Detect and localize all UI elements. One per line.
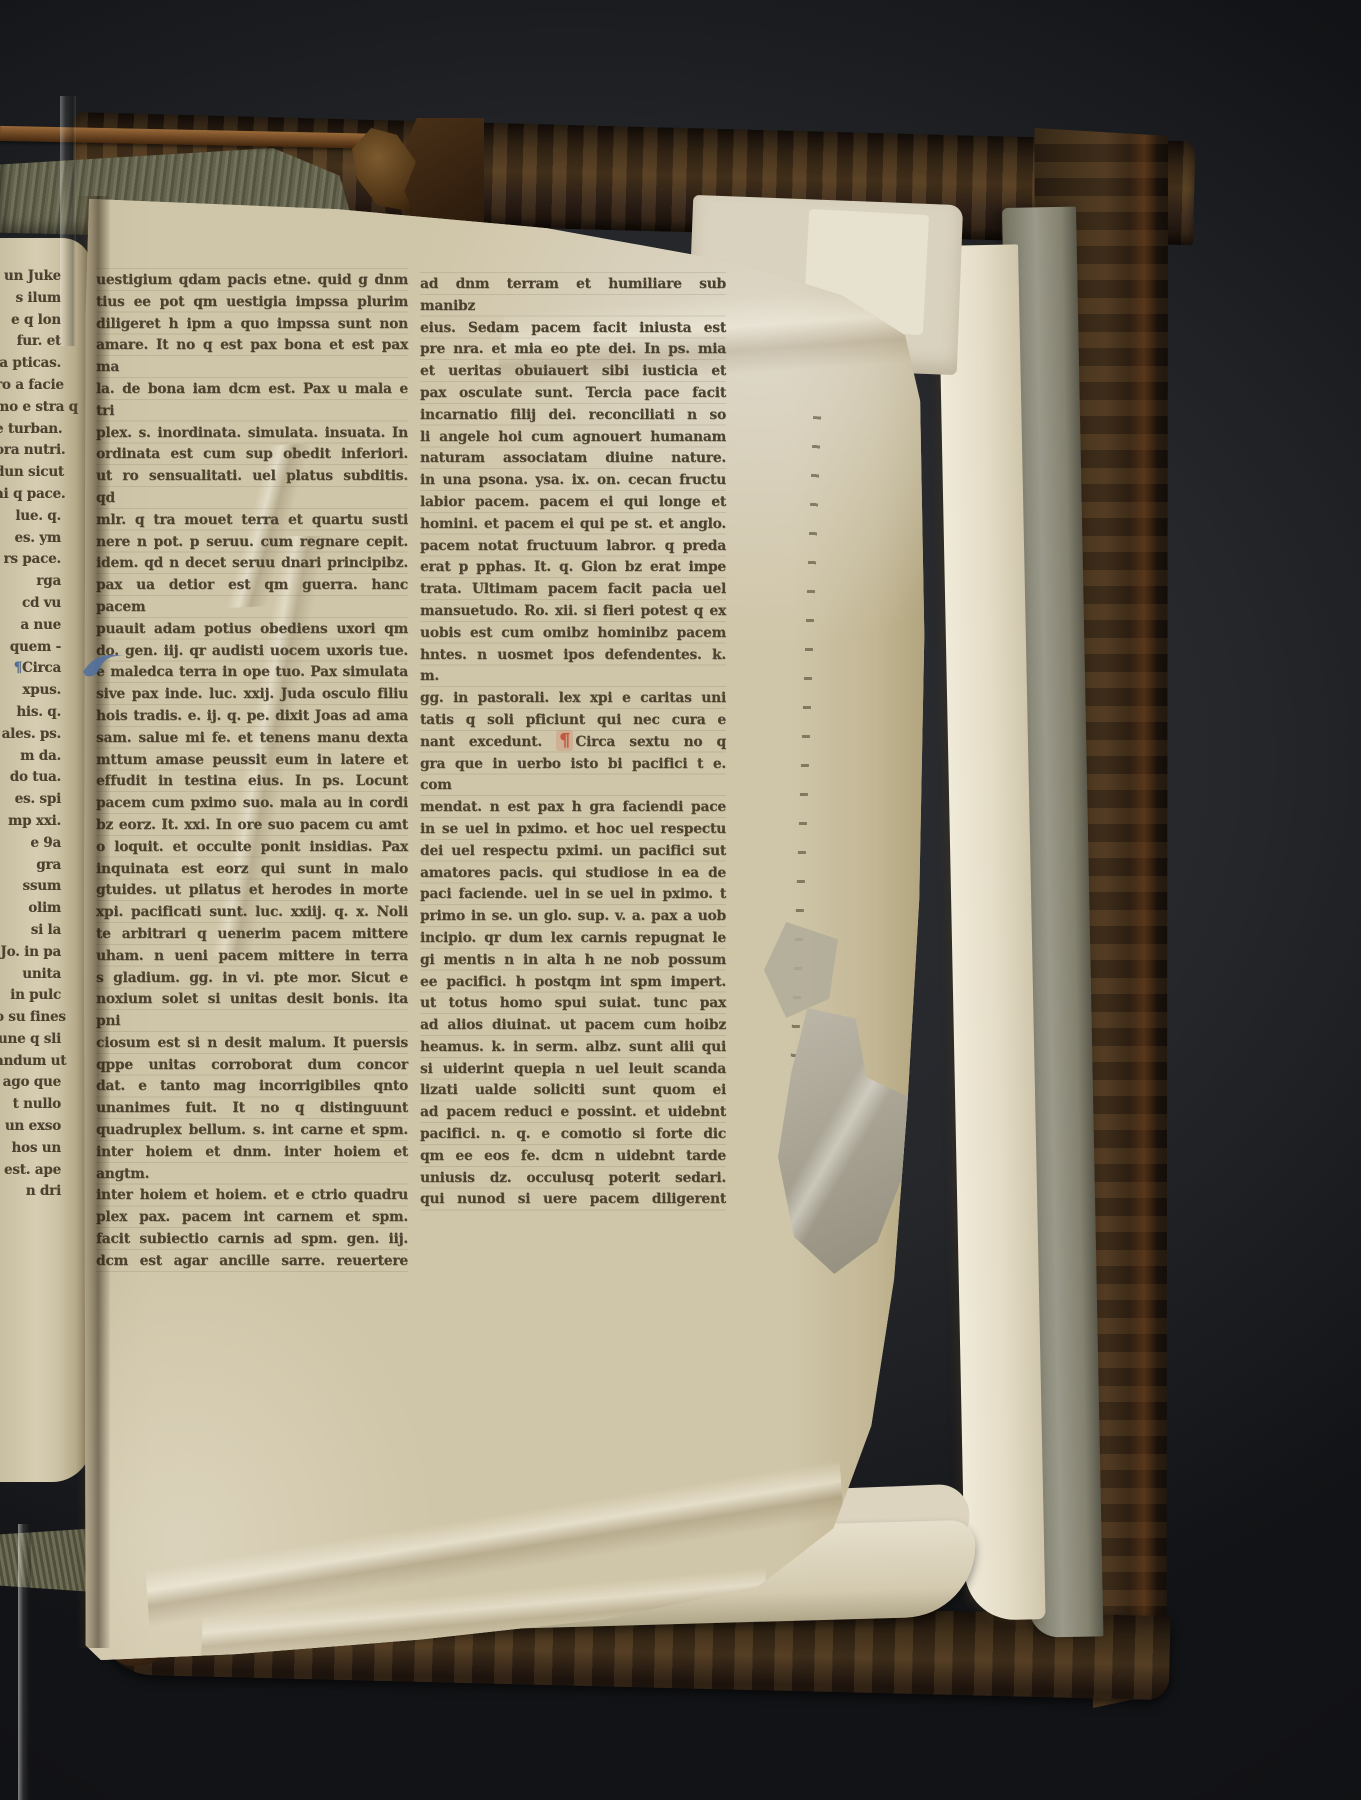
text-line: si la	[0, 920, 61, 942]
text-line: qm ee eos fe. dcm n uidebnt tarde	[420, 1146, 726, 1168]
text-line: tatis q soli pficiunt qui nec cura e	[420, 710, 726, 732]
text-line: puauit adam potius obediens uxori qm	[96, 619, 408, 641]
text-line: sive pax inde. luc. xxij. Juda osculo fi…	[96, 684, 408, 706]
text-line: inquinata est eorz qui sunt in malo	[96, 859, 408, 881]
text-line: e 9a	[0, 833, 61, 855]
text-line: naturam associatam diuine nature.	[420, 448, 726, 470]
text-line: eius. Sedam pacem facit iniusta est	[420, 318, 726, 340]
text-line: inter hoiem et dnm. inter hoiem et angtm…	[96, 1142, 408, 1186]
text-line: dei uel respectu pximi. un pacifici sut	[420, 841, 726, 863]
text-line: quadruplex bellum. s. int carne et spm.	[96, 1120, 408, 1142]
text-line: nant excedunt. ¶Circa sextu no q	[420, 732, 726, 754]
text-line: dcm est agar ancille sarre. reuertere	[96, 1251, 408, 1273]
text-line: incarnatio filij dei. reconciliati n so	[420, 405, 726, 427]
text-line: do. gen. iij. qr audisti uocem uxoris tu…	[96, 641, 408, 663]
text-line: uobis est cum omibz hominibz pacem	[420, 623, 726, 645]
text-line: pax osculate sunt. Tercia pace facit	[420, 383, 726, 405]
text-line: o loquit. et occulte ponit insidias. Pax	[96, 837, 408, 859]
text-line: ago que	[0, 1072, 61, 1094]
text-line: sam. salue mi fe. et tenens manu dexta	[96, 728, 408, 750]
text-line: diligeret h ipm a quo impssa sunt non	[96, 314, 408, 336]
text-line: ales. ps.	[0, 724, 61, 746]
text-line: mansuetudo. Ro. xii. si fieri potest q e…	[420, 601, 726, 623]
text-line: e maledca terra in ope tuo. Pax simulata	[96, 662, 408, 684]
text-line: m da.	[0, 746, 61, 768]
text-line: mo e stra q	[0, 397, 61, 419]
text-line: dat. e tanto mag incorrigibiles qnto	[96, 1076, 408, 1098]
text-line: noxium solet si unitas desit bonis. ita …	[96, 989, 408, 1033]
paraph-mark: ¶	[556, 730, 573, 751]
text-line: rga	[0, 571, 61, 593]
text-line: plex pax. pacem int carnem et spm.	[96, 1207, 408, 1229]
text-line: pre nra. et mia eo pte dei. In ps. mia	[420, 339, 726, 361]
torn-repair-patch	[778, 1008, 912, 1274]
text-line: in pulc	[0, 985, 61, 1007]
text-line: ad pacem reduci e possint. et uidebnt	[420, 1102, 726, 1124]
text-line: gg. in pastorali. lex xpi e caritas uni	[420, 688, 726, 710]
text-line: pax ua detior est qm guerra. hanc pacem	[96, 575, 408, 619]
text-line: gtuides. ut pilatus et herodes in morte	[96, 880, 408, 902]
text-line: mttum amase peussit eum in latere et	[96, 750, 408, 772]
facing-page-text-fragments: un Jukes ilume q lonfur. eta pticas.ro a…	[0, 266, 61, 1203]
text-line: t nullo	[0, 1094, 61, 1116]
text-line: li angele hoi cum agnouert humanam	[420, 427, 726, 449]
paraph-mark: ¶	[14, 660, 22, 676]
text-line: tius ee pot qm uestigia impssa plurim	[96, 292, 408, 314]
text-line: unanimes fuit. It no q distinguunt	[96, 1098, 408, 1120]
text-line: a pticas.	[0, 353, 61, 375]
text-line: facit subiectio carnis ad spm. gen. iij.	[96, 1229, 408, 1251]
text-line: ordinata est cum sup obedit inferiori.	[96, 444, 408, 466]
text-line: e turban.	[0, 419, 61, 441]
text-line: te arbitrari q uenerim pacem mittere	[96, 924, 408, 946]
text-line: qppe unitas corroborat dum concor	[96, 1055, 408, 1077]
text-line: hos un	[0, 1138, 61, 1160]
text-line: o su fines	[0, 1007, 61, 1029]
text-line: ssum	[0, 876, 61, 898]
text-line: e q lon	[0, 310, 61, 332]
torn-edge-fold	[764, 922, 838, 1018]
text-line: mlr. q tra mouet terra et quartu susti	[96, 510, 408, 532]
text-line: es. spi	[0, 789, 61, 811]
text-line: his. q.	[0, 702, 61, 724]
text-line: un exso	[0, 1116, 61, 1138]
text-line: la. de bona iam dcm est. Pax u mala e tr…	[96, 379, 408, 423]
text-line: fur. et	[0, 331, 61, 353]
text-line: ora nutri.	[0, 440, 61, 462]
text-line: rs pace.	[0, 549, 61, 571]
text-line: gra	[0, 855, 61, 877]
text-line: s gladium. gg. in vi. pte mor. Sicut e	[96, 968, 408, 990]
text-line: xpi. pacificati sunt. luc. xxiij. q. x. …	[96, 902, 408, 924]
text-line: ro a facie	[0, 375, 61, 397]
text-line: lizati ualde soliciti sunt quom ei	[420, 1080, 726, 1102]
text-line: homini. et pacem ei qui pe st. et anglo.	[420, 514, 726, 536]
manuscript-photo-stage: un Jukes ilume q lonfur. eta pticas.ro a…	[0, 0, 1361, 1800]
text-line: Jo. in pa	[0, 942, 61, 964]
text-line: in una psona. ysa. ix. on. cecan fructu	[420, 470, 726, 492]
text-line: mp xxi.	[0, 811, 61, 833]
text-line: a nue	[0, 615, 61, 637]
text-line: andum ut	[0, 1051, 61, 1073]
text-line: uham. n ueni pacem mittere in terra	[96, 946, 408, 968]
text-line: pacifici. n. q. e comotio si forte dic	[420, 1124, 726, 1146]
text-line: bz eorz. It. xxi. In ore suo pacem cu am…	[96, 815, 408, 837]
text-line: incipio. qr dum lex carnis repugnat le	[420, 928, 726, 950]
text-line: uestigium qdam pacis etne. quid g dnm	[96, 270, 408, 292]
text-line: erat p pphas. It. q. Gion bz erat impe	[420, 557, 726, 579]
text-line: hntes. n uosmet ipos defendentes. k. m.	[420, 645, 726, 689]
text-line: gra que in uerbo isto bi pacifici t e. c…	[420, 754, 726, 798]
text-line: paci faciende. uel in se uel in pximo. t	[420, 884, 726, 906]
blue-paraph-flourish	[82, 648, 128, 682]
text-line: cd vu	[0, 593, 61, 615]
text-line: nere n pot. p seruu. cum regnare cepit.	[96, 532, 408, 554]
text-line: labior pacem. pacem ei qui longe et	[420, 492, 726, 514]
text-line: primo in se. un glo. sup. v. a. pax a uo…	[420, 906, 726, 928]
text-line: heamus. k. in serm. albz. sunt alii qui	[420, 1037, 726, 1059]
manuscript-page-recto: 229 uestigium qdam pacis etne. quid g dn…	[84, 196, 926, 1660]
text-line: est. ape	[0, 1160, 61, 1182]
text-line: plex. s. inordinata. simulata. insuata. …	[96, 423, 408, 445]
text-line: ee pacifici. h postqm int spm impert.	[420, 972, 726, 994]
text-line: lue. q.	[0, 506, 61, 528]
text-line: pacem cum pximo suo. mala au in cordi	[96, 793, 408, 815]
text-line: s ilum	[0, 288, 61, 310]
text-line: do tua.	[0, 767, 61, 789]
text-line: n dri	[0, 1181, 61, 1203]
text-line: un Juke	[0, 266, 61, 288]
text-column-left: uestigium qdam pacis etne. quid g dnmtiu…	[96, 270, 408, 1273]
text-line: unita	[0, 964, 61, 986]
text-line: dun sicut	[0, 462, 61, 484]
text-line: uniusis dz. occulusq poterit sedari.	[420, 1168, 726, 1190]
text-line: quem -	[0, 637, 61, 659]
text-line: in se uel in pximo. et hoc uel respectu	[420, 819, 726, 841]
text-line: ad alios diuinat. ut pacem cum hoibz	[420, 1015, 726, 1037]
text-line: qui nunod si uere pacem diligerent	[420, 1189, 726, 1211]
text-line: olim	[0, 898, 61, 920]
text-line: mendat. n est pax h gra faciendi pace	[420, 797, 726, 819]
text-line: ad dnm terram et humiliare sub manibz	[420, 274, 726, 318]
text-line: xpus.	[0, 680, 61, 702]
text-column-right: ad dnm terram et humiliare sub manibzeiu…	[420, 274, 726, 1211]
text-line: trata. Ultimam pacem facit pacia uel	[420, 579, 726, 601]
text-line: pacem notat fructuum labror. q preda	[420, 536, 726, 558]
text-line: effudit in testina eius. In ps. Locunt	[96, 771, 408, 793]
text-line: amare. It no q est pax bona et est pax m…	[96, 335, 408, 379]
text-line: ciosum est si n desit malum. It puersis	[96, 1033, 408, 1055]
text-line: inter hoiem et hoiem. et e ctrio quadru	[96, 1185, 408, 1207]
text-line: une q sli	[0, 1029, 61, 1051]
text-line: amatores pacis. qui studiose in ea de	[420, 863, 726, 885]
text-line: hois tradis. e. ij. q. pe. dixit Joas ad…	[96, 706, 408, 728]
text-line: ai q pace.	[0, 484, 61, 506]
text-line: idem. qd n decet seruu dnari principibz.	[96, 553, 408, 575]
text-line: et ueritas obuiauert sibi iusticia et	[420, 361, 726, 383]
gutter-shadow	[76, 196, 110, 1648]
text-line: si uiderint quepia n uel leuit scanda	[420, 1059, 726, 1081]
text-line: ut ro sensualitati. uel platus subditis.…	[96, 466, 408, 510]
text-line: ut totus homo spui suiat. tunc pax	[420, 993, 726, 1015]
text-line: ¶Circa	[0, 658, 61, 680]
text-line: es. ym	[0, 528, 61, 550]
text-line: gi mentis n in alta h ne nob possum	[420, 950, 726, 972]
